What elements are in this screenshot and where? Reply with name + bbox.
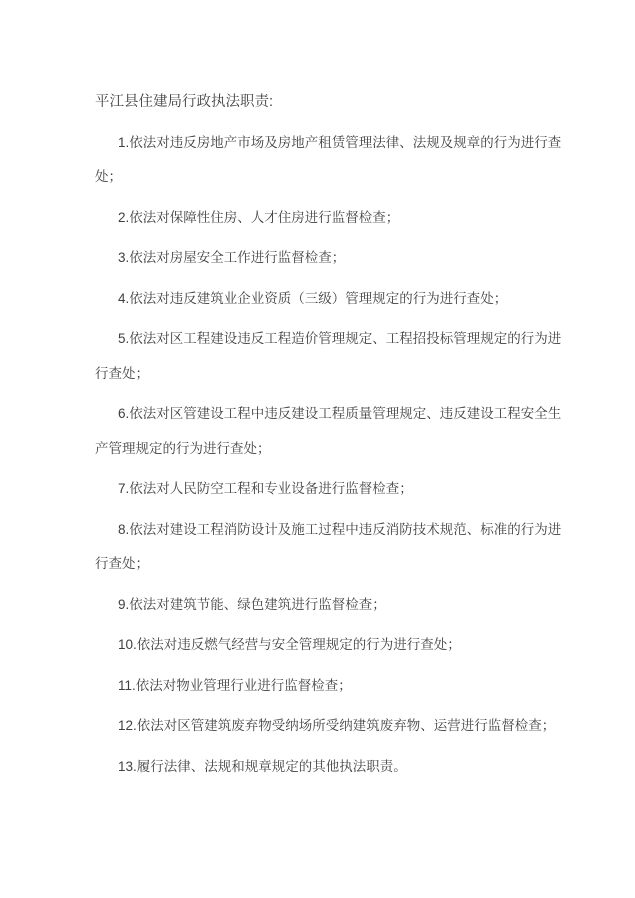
duty-item-7: 7.依法对人民防空工程和专业设备进行监督检查； — [95, 472, 569, 507]
duty-item-2: 2.依法对保障性住房、人才住房进行监督检查； — [95, 201, 569, 236]
duty-item-4: 4.依法对违反建筑业企业资质（三级）管理规定的行为进行查处； — [95, 282, 569, 317]
duty-item-8: 8.依法对建设工程消防设计及施工过程中违反消防技术规范、标准的行为进行查处； — [95, 513, 569, 582]
duty-item-10: 10.依法对违反燃气经营与安全管理规定的行为进行查处； — [95, 628, 569, 663]
duty-item-6: 6.依法对区管建设工程中违反建设工程质量管理规定、违反建设工程安全生产管理规定的… — [95, 397, 569, 466]
duty-item-9: 9.依法对建筑节能、绿色建筑进行监督检查； — [95, 588, 569, 623]
duty-item-11: 11.依法对物业管理行业进行监督检查； — [95, 669, 569, 704]
duty-item-3: 3.依法对房屋安全工作进行监督检查； — [95, 241, 569, 276]
document-title: 平江县住建局行政执法职责: — [95, 85, 569, 120]
document-page: 平江县住建局行政执法职责: 1.依法对违反房地产市场及房地产租赁管理法律、法规及… — [0, 0, 635, 898]
duty-item-1: 1.依法对违反房地产市场及房地产租赁管理法律、法规及规章的行为进行查处； — [95, 126, 569, 195]
duty-item-12: 12.依法对区管建筑废弃物受纳场所受纳建筑废弃物、运营进行监督检查； — [95, 709, 569, 744]
duty-item-5: 5.依法对区工程建设违反工程造价管理规定、工程招投标管理规定的行为进行查处； — [95, 322, 569, 391]
duty-item-13: 13.履行法律、法规和规章规定的其他执法职责。 — [95, 750, 569, 785]
